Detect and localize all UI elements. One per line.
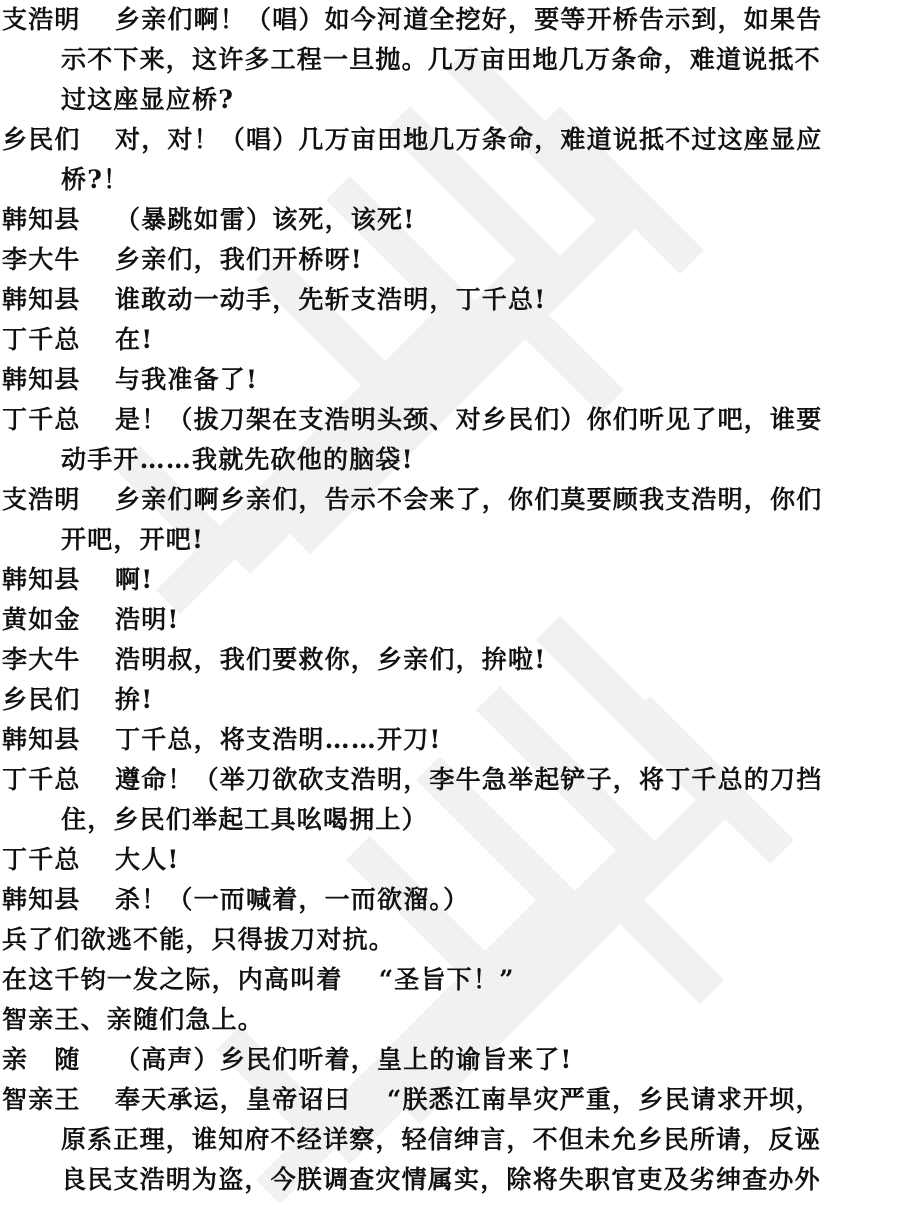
line-text: 大人! [115,845,180,874]
speaker-name: 丁千总 [2,840,115,880]
line-text: 过这座显应桥? [61,85,234,114]
dialogue-line: 李大牛浩明叔，我们要救你，乡亲们，拚啦! [2,640,882,680]
speaker-name: 丁千总 [2,320,115,360]
line-text: 桥?！ [61,165,129,194]
dialogue-line: 智亲王奉天承运，皇帝诏曰 “朕悉江南旱灾严重，乡民请求开坝， [2,1080,882,1120]
dialogue-line: 丁千总遵命！（举刀欲砍支浩明，李牛急举起铲子，将丁千总的刀挡 [2,760,882,800]
line-text: （暴跳如雷）该死，该死! [115,205,415,234]
line-text: 原系正理，谁知府不经详察，轻信绅言，不但未允乡民所请，反诬 [61,1125,821,1154]
line-text: 杀！（一而喊着，一而欲溜。） [115,885,469,914]
speaker-name: 黄如金 [2,600,115,640]
line-text: 兵了们欲逃不能，只得拔刀对抗。 [2,925,395,954]
line-text: 智亲王、亲随们急上。 [2,1005,264,1034]
dialogue-continuation: 过这座显应桥? [2,80,882,120]
line-text: 丁千总，将支浩明……开刀! [115,725,442,754]
line-text: 奉天承运，皇帝诏曰 “朕悉江南旱灾严重，乡民请求开坝， [115,1085,822,1114]
stage-direction: 在这千钧一发之际，内高叫着 “圣旨下！” [2,960,882,1000]
dialogue-line: 韩知县谁敢动一动手，先斩支浩明，丁千总! [2,280,882,320]
line-text: 乡亲们啊乡亲们，告示不会来了，你们莫要顾我支浩明，你们 [115,485,822,514]
stage-direction: 智亲王、亲随们急上。 [2,1000,882,1040]
line-text: 拚! [115,685,153,714]
dialogue-line: 丁千总在! [2,320,882,360]
speaker-name: 丁千总 [2,760,115,800]
dialogue-line: 亲 随（高声）乡民们听着，皇上的谕旨来了! [2,1040,882,1080]
dialogue-line: 乡民们拚! [2,680,882,720]
line-text: 浩明! [115,605,180,634]
dialogue-line: 韩知县丁千总，将支浩明……开刀! [2,720,882,760]
speaker-name: 乡民们 [2,120,115,160]
dialogue-continuation: 开吧，开吧! [2,520,882,560]
speaker-name: 支浩明 [2,0,115,40]
line-text: 啊! [115,565,153,594]
line-text: 开吧，开吧! [61,525,204,554]
line-text: 谁敢动一动手，先斩支浩明，丁千总! [115,285,546,314]
dialogue-continuation: 良民支浩明为盗，今朕调查灾情属实，除将失职官吏及劣绅查办外 [2,1160,882,1200]
dialogue-line: 丁千总是！（拔刀架在支浩明头颈、对乡民们）你们听见了吧，谁要 [2,400,882,440]
line-text: 遵命！（举刀欲砍支浩明，李牛急举起铲子，将丁千总的刀挡 [115,765,822,794]
dialogue-line: 乡民们对，对！（唱）几万亩田地几万条命，难道说抵不过这座显应 [2,120,882,160]
dialogue-continuation: 动手开……我就先砍他的脑袋! [2,440,882,480]
dialogue-line: 韩知县与我准备了! [2,360,882,400]
line-text: 乡亲们，我们开桥呀! [115,245,363,274]
speaker-name: 亲 随 [2,1040,115,1080]
document-page: 支浩明乡亲们啊！（唱）如今河道全挖好，要等开桥告示到，如果告示不下来，这许多工程… [0,0,900,1205]
dialogue-line: 韩知县（暴跳如雷）该死，该死! [2,200,882,240]
dialogue-line: 黄如金浩明! [2,600,882,640]
line-text: 住，乡民们举起工具吆喝拥上） [61,805,428,834]
speaker-name: 丁千总 [2,400,115,440]
speaker-name: 韩知县 [2,200,115,240]
line-text: 浩明叔，我们要救你，乡亲们，拚啦! [115,645,546,674]
dialogue-line: 韩知县杀！（一而喊着，一而欲溜。） [2,880,882,920]
speaker-name: 韩知县 [2,560,115,600]
speaker-name: 智亲王 [2,1080,115,1120]
dialogue-line: 支浩明乡亲们啊乡亲们，告示不会来了，你们莫要顾我支浩明，你们 [2,480,882,520]
line-text: 示不下来，这许多工程一旦抛。几万亩田地几万条命，难道说抵不 [61,45,821,74]
speaker-name: 韩知县 [2,880,115,920]
dialogue-continuation: 原系正理，谁知府不经详察，轻信绅言，不但未允乡民所请，反诬 [2,1120,882,1160]
line-text: 在这千钧一发之际，内高叫着 “圣旨下！” [2,965,515,994]
line-text: 乡亲们啊！（唱）如今河道全挖好，要等开桥告示到，如果告 [115,5,822,34]
speaker-name: 韩知县 [2,720,115,760]
line-text: 良民支浩明为盗，今朕调查灾情属实，除将失职官吏及劣绅查办外 [61,1165,821,1194]
line-text: 对，对！（唱）几万亩田地几万条命，难道说抵不过这座显应 [115,125,822,154]
speaker-name: 李大牛 [2,240,115,280]
dialogue-line: 韩知县啊! [2,560,882,600]
line-text: 动手开……我就先砍他的脑袋! [61,445,414,474]
speaker-name: 支浩明 [2,480,115,520]
line-text: 与我准备了! [115,365,258,394]
speaker-name: 乡民们 [2,680,115,720]
line-text: （高声）乡民们听着，皇上的谕旨来了! [115,1045,573,1074]
dialogue-line: 支浩明乡亲们啊！（唱）如今河道全挖好，要等开桥告示到，如果告 [2,0,882,40]
dialogue-continuation: 示不下来，这许多工程一旦抛。几万亩田地几万条命，难道说抵不 [2,40,882,80]
line-text: 是！（拔刀架在支浩明头颈、对乡民们）你们听见了吧，谁要 [115,405,822,434]
line-text: 在! [115,325,153,354]
dialogue-line: 李大牛乡亲们，我们开桥呀! [2,240,882,280]
speaker-name: 韩知县 [2,360,115,400]
dialogue-continuation: 住，乡民们举起工具吆喝拥上） [2,800,882,840]
stage-direction: 兵了们欲逃不能，只得拔刀对抗。 [2,920,882,960]
dialogue-continuation: 桥?！ [2,160,882,200]
dialogue-line: 丁千总大人! [2,840,882,880]
speaker-name: 李大牛 [2,640,115,680]
script-text: 支浩明乡亲们啊！（唱）如今河道全挖好，要等开桥告示到，如果告示不下来，这许多工程… [2,0,882,1200]
speaker-name: 韩知县 [2,280,115,320]
